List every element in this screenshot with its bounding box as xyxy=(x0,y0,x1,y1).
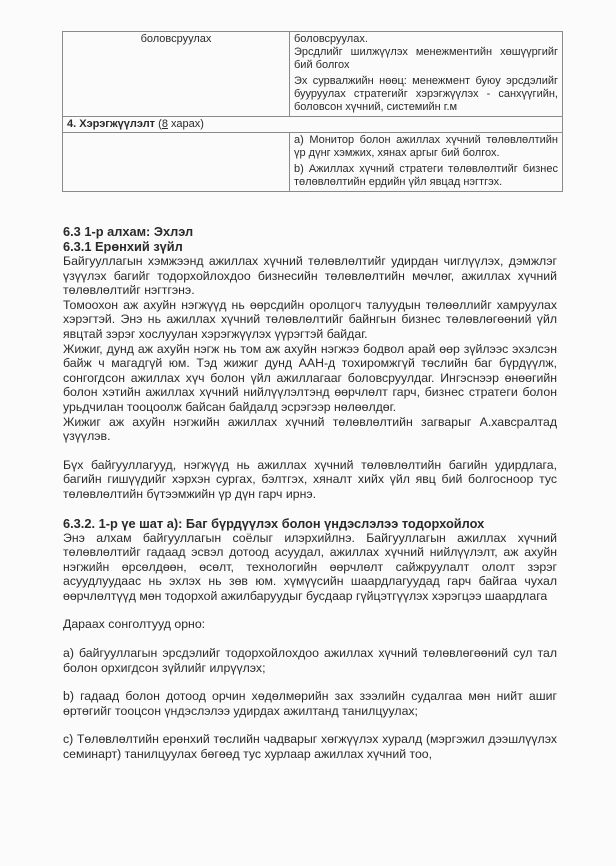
section-title: 4. Хэрэгжүүлэлт xyxy=(67,118,155,130)
table-cell-right: боловсруулах. Эрсдлийг шилжүүлэх менежме… xyxy=(290,32,563,117)
cell-paragraph: Эх сурвалжийн нөөц: менежмент буюу эрсдэ… xyxy=(294,75,558,114)
paragraph: Энэ алхам байгууллагын соёлыг илэрхийлнэ… xyxy=(63,531,557,604)
option-item: a) байгууллагын эрсдэлийг тодорхойлохдоо… xyxy=(63,646,557,675)
section-heading: 6.3 1-р алхам: Эхлэл xyxy=(63,224,557,239)
option-item: c) Төлөвлөлтийн ерөнхий төслийн чадварыг… xyxy=(63,732,557,761)
paragraph: Бүх байгууллагууд, нэгжүүд нь ажиллах хү… xyxy=(63,458,557,502)
document-body: 6.3 1-р алхам: Эхлэл 6.3.1 Ерөнхий зүйл … xyxy=(63,224,557,762)
paragraph: Байгууллагын хэмжээнд ажиллах хүчний төл… xyxy=(63,254,557,298)
cell-paragraph: боловсруулах. Эрсдлийг шилжүүлэх менежме… xyxy=(294,33,558,72)
subsection-heading: 6.3.2. 1-р үе шат а): Баг бүрдүүлэх боло… xyxy=(63,516,557,531)
section-4-header: 4. Хэрэгжүүлэлт (8 харах) xyxy=(63,117,563,133)
option-item: b) гадаад болон дотоод орчин хөдөлмөрийн… xyxy=(63,689,557,718)
paragraph: Томоохон аж ахуйн нэгжүүд нь өөрсдийн ор… xyxy=(63,298,557,342)
table-cell-right: a) Монитор болон ажиллах хүчний төлөвлөл… xyxy=(290,133,563,192)
document-page: боловсруулах боловсруулах. Эрсдлийг шилж… xyxy=(0,0,616,866)
table-row: a) Монитор болон ажиллах хүчний төлөвлөл… xyxy=(63,133,563,192)
paragraph: Жижиг аж ахуйн нэгжийн ажиллах хүчний тө… xyxy=(63,415,557,444)
table-row: боловсруулах боловсруулах. Эрсдлийг шилж… xyxy=(63,32,563,117)
cell-paragraph: a) Монитор болон ажиллах хүчний төлөвлөл… xyxy=(294,134,558,160)
implementation-table: боловсруулах боловсруулах. Эрсдлийг шилж… xyxy=(62,31,563,192)
options-intro: Дараах сонголтууд орно: xyxy=(63,617,557,632)
cell-paragraph: b) Ажиллах хүчний стратеги төлөвлөлтийг … xyxy=(294,163,558,189)
table-cell-left xyxy=(63,133,290,192)
table-section-row: 4. Хэрэгжүүлэлт (8 харах) xyxy=(63,117,563,133)
table-cell-left: боловсруулах xyxy=(63,32,290,117)
paragraph: Жижиг, дунд аж ахуйн нэгж нь том аж ахуй… xyxy=(63,342,557,415)
subsection-heading: 6.3.1 Ерөнхий зүйл xyxy=(63,239,557,254)
ref-rest: харах) xyxy=(168,118,204,130)
